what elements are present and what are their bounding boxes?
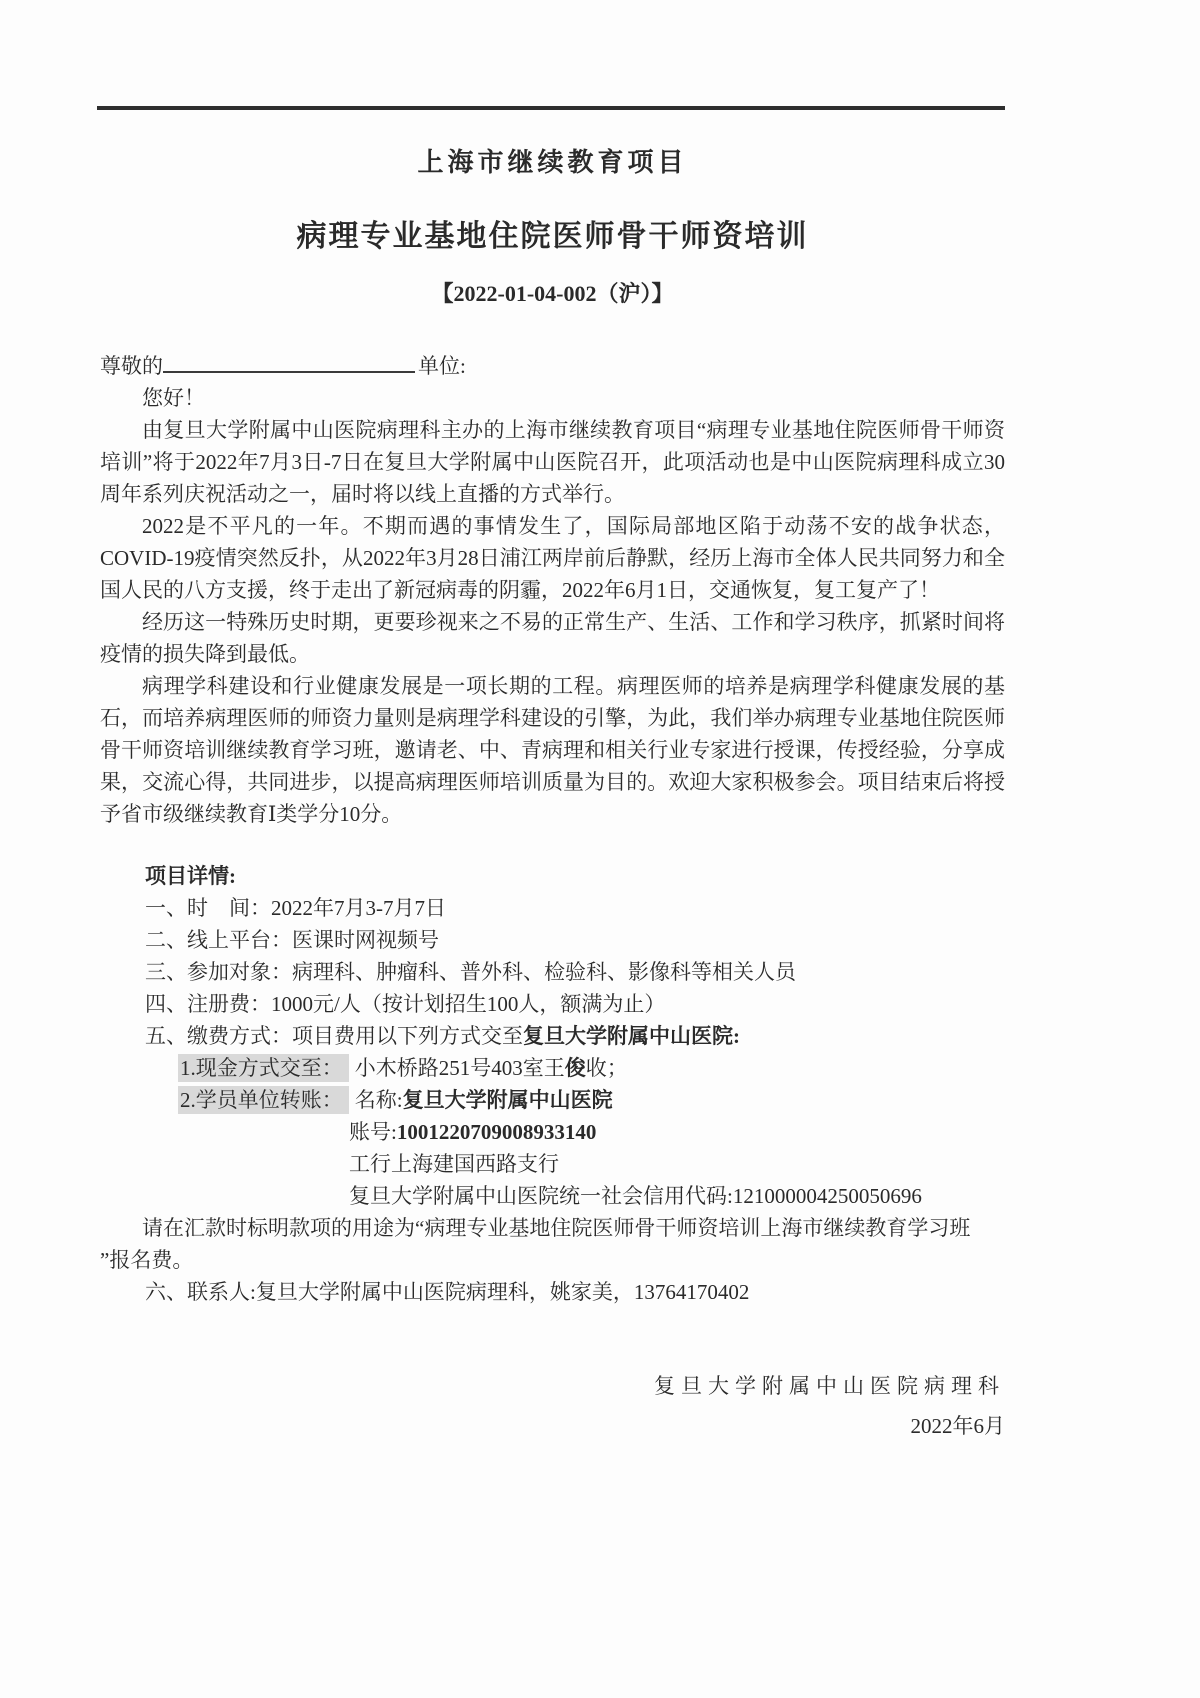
transfer-option-label: 2.学员单位转账： <box>178 1086 349 1114</box>
detail-item-audience: 三、参加对象：病理科、肿瘤科、普外科、检验科、影像科等相关人员 <box>100 956 1005 988</box>
document-content: 上海市继续教育项目 病理专业基地住院医师骨干师资培训 【2022-01-04-0… <box>100 0 1005 1446</box>
paragraph-recovery: 经历这一特殊历史时期，更要珍视来之不易的正常生产、生活、工作和学习秩序，抓紧时间… <box>100 606 1005 670</box>
payment-label: 五、缴费方式： <box>145 1024 292 1048</box>
payment-payee-name: 复旦大学附属中山医院: <box>523 1024 740 1048</box>
cash-address-post: 收； <box>586 1056 628 1080</box>
payment-text: 项目费用以下列方式交至 <box>292 1024 523 1048</box>
recipient-blank-field <box>163 353 415 373</box>
program-type-title: 上海市继续教育项目 <box>100 0 1005 179</box>
contact-line: 六、联系人:复旦大学附属中山医院病理科，姚家美，13764170402 <box>100 1276 1005 1308</box>
paragraph-pandemic: 2022是不平凡的一年。不期而遇的事情发生了，国际局部地区陷于动荡不安的战争状态… <box>100 510 1005 606</box>
salutation-prefix: 尊敬的 <box>100 354 163 378</box>
paragraph-purpose: 病理学科建设和行业健康发展是一项长期的工程。病理医师的培养是病理学科健康发展的基… <box>100 670 1005 830</box>
greeting-line: 您好！ <box>100 382 1005 414</box>
cash-address-pre: 小木桥路251号403室王 <box>355 1056 565 1080</box>
cash-option-line: 1.现金方式交至：小木桥路251号403室王俊收； <box>100 1052 1005 1084</box>
salutation-line: 尊敬的单位: <box>100 350 1005 382</box>
cash-recipient-name: 俊 <box>565 1056 586 1080</box>
letter-body: 尊敬的单位: 您好！ 由复旦大学附属中山医院病理科主办的上海市继续教育项目“病理… <box>100 350 1005 1446</box>
signature-date: 2022年6月 <box>100 1406 1005 1446</box>
credit-code-value: 121000004250050696 <box>733 1184 922 1208</box>
remittance-note-line1: 请在汇款时标明款项的用途为“病理专业基地住院医师骨干师资培训上海市继续教育学习班 <box>100 1212 1005 1244</box>
cash-option-label: 1.现金方式交至： <box>178 1054 349 1082</box>
account-number-label: 账号: <box>349 1120 397 1144</box>
account-name-label: 名称: <box>355 1088 403 1112</box>
signature-org: 复旦大学附属中山医院病理科 <box>100 1366 1005 1406</box>
remittance-note-line2: ”报名费。 <box>100 1244 1005 1276</box>
account-number-line: 账号:1001220709008933140 <box>100 1116 1005 1148</box>
account-name-value: 复旦大学附属中山医院 <box>403 1088 613 1112</box>
account-number-value: 1001220709008933140 <box>397 1120 597 1144</box>
program-code: 【2022-01-04-002（沪）】 <box>100 277 1005 308</box>
salutation-suffix: 单位: <box>418 354 466 378</box>
transfer-option-line: 2.学员单位转账：名称:复旦大学附属中山医院 <box>100 1084 1005 1116</box>
detail-item-fee: 四、注册费：1000元/人（按计划招生100人，额满为止） <box>100 988 1005 1020</box>
signature-block: 复旦大学附属中山医院病理科 2022年6月 <box>100 1366 1005 1446</box>
detail-item-payment: 五、缴费方式：项目费用以下列方式交至复旦大学附属中山医院: <box>100 1020 1005 1052</box>
details-heading: 项目详情: <box>100 860 1005 892</box>
document-page: 上海市继续教育项目 病理专业基地住院医师骨干师资培训 【2022-01-04-0… <box>0 0 1200 1698</box>
program-title: 病理专业基地住院医师骨干师资培训 <box>100 211 1005 255</box>
credit-code-line: 复旦大学附属中山医院统一社会信用代码:121000004250050696 <box>100 1180 1005 1212</box>
detail-item-platform: 二、线上平台：医课时网视频号 <box>100 924 1005 956</box>
paragraph-intro: 由复旦大学附属中山医院病理科主办的上海市继续教育项目“病理专业基地住院医师骨干师… <box>100 414 1005 510</box>
credit-code-label: 复旦大学附属中山医院统一社会信用代码: <box>349 1184 733 1208</box>
project-details-section: 项目详情: 一、时 间：2022年7月3-7月7日 二、线上平台：医课时网视频号… <box>100 860 1005 1308</box>
detail-item-time: 一、时 间：2022年7月3-7月7日 <box>100 892 1005 924</box>
bank-branch-line: 工行上海建国西路支行 <box>100 1148 1005 1180</box>
